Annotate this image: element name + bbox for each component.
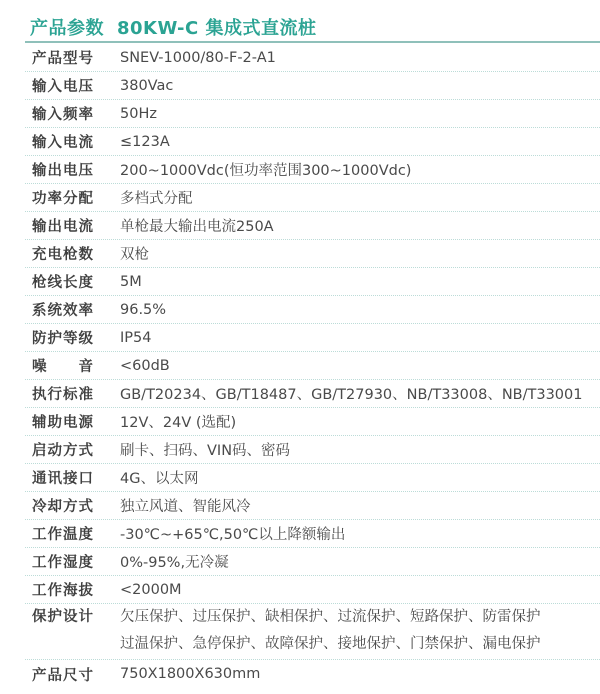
spec-value: ≤123A bbox=[120, 134, 170, 150]
spec-value: 独立风道、智能风冷 bbox=[120, 495, 251, 516]
spec-row-cooling: 冷却方式 独立风道、智能风冷 bbox=[25, 492, 600, 520]
spec-value: <2000M bbox=[120, 582, 182, 598]
spec-row-output-voltage: 输出电压 200~1000Vdc(恒功率范围300~1000Vdc) bbox=[25, 156, 600, 184]
spec-label: 产品尺寸 bbox=[32, 664, 93, 685]
spec-row-gun-count: 充电枪数 双枪 bbox=[25, 240, 600, 268]
spec-row-aux-power: 辅助电源 12V、24V (选配) bbox=[25, 408, 600, 436]
spec-label: 输出电压 bbox=[32, 159, 93, 180]
spec-row-noise: 噪音 <60dB bbox=[25, 352, 600, 380]
spec-label: 执行标准 bbox=[32, 383, 93, 404]
spec-row-power-allocation: 功率分配 多档式分配 bbox=[25, 184, 600, 212]
spec-row-altitude: 工作海拔 <2000M bbox=[25, 576, 600, 604]
spec-row-efficiency: 系统效率 96.5% bbox=[25, 296, 600, 324]
spec-value: 双枪 bbox=[120, 243, 149, 264]
spec-label: 防护等级 bbox=[32, 327, 93, 348]
spec-label: 冷却方式 bbox=[32, 495, 93, 516]
spec-label: 启动方式 bbox=[32, 439, 93, 460]
spec-row-start-mode: 启动方式 刷卡、扫码、VIN码、密码 bbox=[25, 436, 600, 464]
page-title: 产品参数 bbox=[30, 18, 104, 39]
spec-value: 5M bbox=[120, 274, 142, 290]
spec-row-dimensions: 产品尺寸 750X1800X630mm bbox=[25, 660, 600, 688]
spec-row-standards: 执行标准 GB/T20234、GB/T18487、GB/T27930、NB/T3… bbox=[25, 380, 600, 408]
spec-value: 200~1000Vdc(恒功率范围300~1000Vdc) bbox=[120, 159, 411, 180]
spec-value: 380Vac bbox=[120, 78, 173, 94]
spec-label: 输出电流 bbox=[32, 215, 93, 236]
spec-value: -30℃~+65℃,50℃以上降额输出 bbox=[120, 523, 345, 544]
protection-line-2: 过温保护、急停保护、故障保护、接地保护、门禁保护、漏电保护 bbox=[120, 631, 541, 658]
spec-value: 750X1800X630mm bbox=[120, 666, 260, 682]
spec-label: 系统效率 bbox=[32, 299, 93, 320]
product-model-title: 80KW-C 集成式直流桩 bbox=[117, 18, 317, 39]
spec-value: 0%-95%,无冷凝 bbox=[120, 551, 229, 572]
spec-row-protection: 保护设计 欠压保护、过压保护、缺相保护、过流保护、短路保护、防雷保护 过温保护、… bbox=[25, 604, 600, 660]
spec-label: 输入电流 bbox=[32, 131, 93, 152]
spec-label: 输入电压 bbox=[32, 75, 93, 96]
spec-value: IP54 bbox=[120, 330, 151, 346]
spec-row-operating-temperature: 工作温度 -30℃~+65℃,50℃以上降额输出 bbox=[25, 520, 600, 548]
spec-value: 单枪最大输出电流250A bbox=[120, 215, 274, 236]
spec-label: 充电枪数 bbox=[32, 243, 93, 264]
spec-row-output-current: 输出电流 单枪最大输出电流250A bbox=[25, 212, 600, 240]
spec-label: 枪线长度 bbox=[32, 271, 93, 292]
spec-value: 刷卡、扫码、VIN码、密码 bbox=[120, 439, 290, 460]
spec-row-comm-interface: 通讯接口 4G、以太网 bbox=[25, 464, 600, 492]
spec-row-operating-humidity: 工作湿度 0%-95%,无冷凝 bbox=[25, 548, 600, 576]
spec-label: 工作湿度 bbox=[32, 551, 93, 572]
spec-value: GB/T20234、GB/T18487、GB/T27930、NB/T33008、… bbox=[120, 383, 583, 404]
spec-row-cable-length: 枪线长度 5M bbox=[25, 268, 600, 296]
spec-value: 多档式分配 bbox=[120, 187, 193, 208]
spec-row-input-current: 输入电流 ≤123A bbox=[25, 128, 600, 156]
header-divider bbox=[25, 41, 600, 43]
spec-row-ip-rating: 防护等级 IP54 bbox=[25, 324, 600, 352]
spec-label: 产品型号 bbox=[32, 47, 93, 68]
spec-value: 12V、24V (选配) bbox=[120, 411, 236, 432]
protection-line-1: 欠压保护、过压保护、缺相保护、过流保护、短路保护、防雷保护 bbox=[120, 604, 541, 631]
page-header: 产品参数80KW-C 集成式直流桩 bbox=[0, 0, 600, 34]
spec-label: 工作温度 bbox=[32, 523, 93, 544]
spec-value: 96.5% bbox=[120, 302, 166, 318]
spec-row-input-frequency: 输入频率 50Hz bbox=[25, 100, 600, 128]
spec-label: 输入频率 bbox=[32, 103, 93, 124]
spec-value: 50Hz bbox=[120, 106, 157, 122]
spec-label: 噪音 bbox=[32, 355, 93, 376]
spec-label: 通讯接口 bbox=[32, 467, 93, 488]
spec-value: <60dB bbox=[120, 358, 170, 374]
spec-row-input-voltage: 输入电压 380Vac bbox=[25, 72, 600, 100]
spec-label: 功率分配 bbox=[32, 187, 93, 208]
spec-value: SNEV-1000/80-F-2-A1 bbox=[120, 50, 276, 66]
spec-label: 辅助电源 bbox=[32, 411, 93, 432]
product-spec-page: 产品参数80KW-C 集成式直流桩 产品型号 SNEV-1000/80-F-2-… bbox=[0, 0, 600, 694]
spec-label: 保护设计 bbox=[32, 604, 93, 631]
spec-label: 工作海拔 bbox=[32, 579, 93, 600]
spec-value: 4G、以太网 bbox=[120, 467, 198, 488]
spec-value: 欠压保护、过压保护、缺相保护、过流保护、短路保护、防雷保护 过温保护、急停保护、… bbox=[120, 604, 541, 658]
spec-table: 产品型号 SNEV-1000/80-F-2-A1 输入电压 380Vac 输入频… bbox=[25, 44, 600, 688]
spec-row-model: 产品型号 SNEV-1000/80-F-2-A1 bbox=[25, 44, 600, 72]
